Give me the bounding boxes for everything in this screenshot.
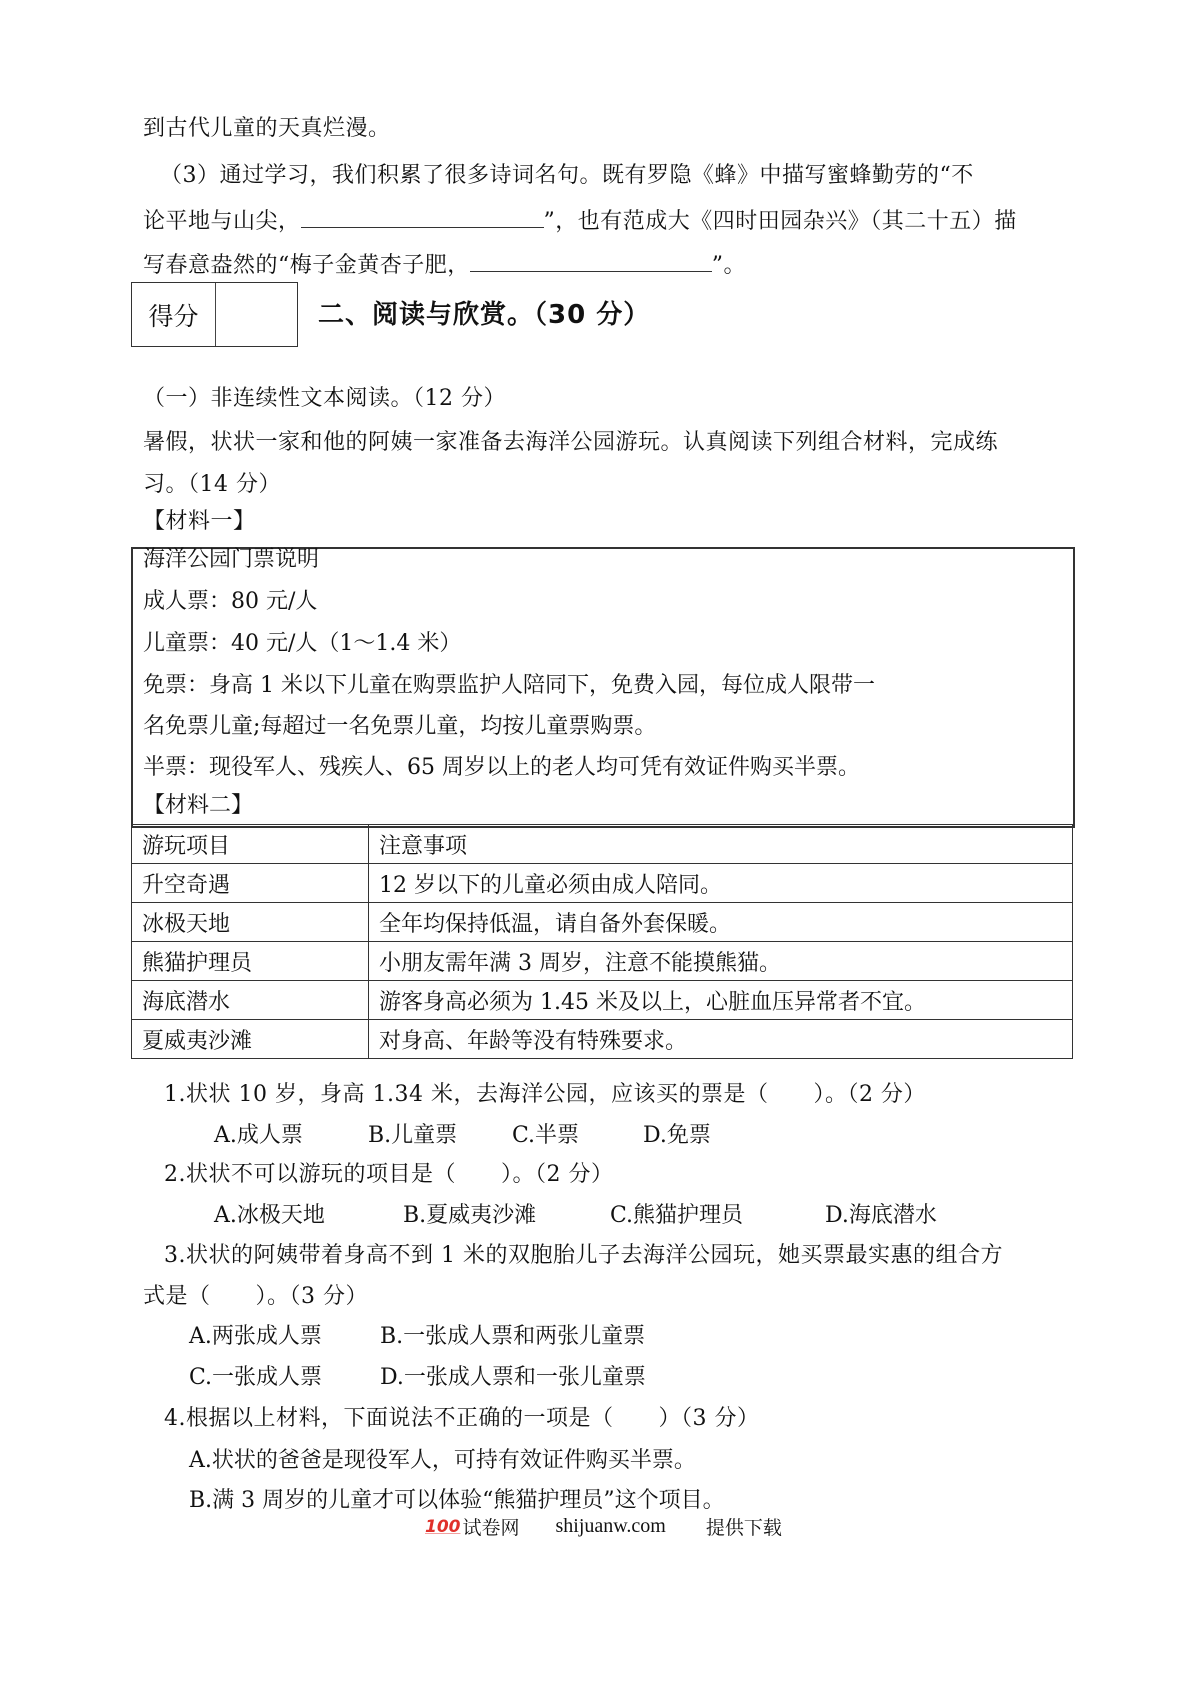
q1-option-d[interactable]: D.免票 <box>643 1121 711 1151</box>
q3-line3-a: 写春意盎然的“梅子金黄杏子肥， <box>143 253 470 278</box>
section-title: 二、阅读与欣赏。（30 分） <box>318 294 650 331</box>
half-ticket: 半票：现役军人、残疾人、65 周岁以上的老人均可凭有效证件购买半票。 <box>143 753 860 783</box>
q1-option-c[interactable]: C.半票 <box>512 1121 579 1151</box>
free-ticket-line2: 名免票儿童;每超过一名免票儿童，均按儿童票购票。 <box>143 712 656 742</box>
footer-site-link[interactable]: shijuanw.com <box>556 1515 666 1538</box>
note-cell: 对身高、年龄等没有特殊要求。 <box>369 1020 1073 1059</box>
q3-line2-b: ”，也有范成大《四时田园杂兴》（其二十五）描 <box>544 209 1017 234</box>
activity-cell: 夏威夷沙滩 <box>132 1020 369 1059</box>
note-cell: 12 岁以下的儿童必须由成人陪同。 <box>369 864 1073 903</box>
q3-line2: 论平地与山尖，”，也有范成大《四时田园杂兴》（其二十五）描 <box>143 205 1017 237</box>
material1-box: 海洋公园门票说明 成人票：80 元/人 儿童票：40 元/人（1～1.4 米） … <box>131 547 1075 828</box>
page-footer: 100 试卷网 shijuanw.com 提供下载 <box>425 1513 782 1540</box>
question-4: 4.根据以上材料，下面说法不正确的一项是（ ）（3 分） <box>164 1404 759 1434</box>
activity-cell: 冰极天地 <box>132 903 369 942</box>
footer-note: 提供下载 <box>706 1513 782 1540</box>
note-cell: 小朋友需年满 3 周岁，注意不能摸熊猫。 <box>369 942 1073 981</box>
activity-cell: 熊猫护理员 <box>132 942 369 981</box>
q2-option-a[interactable]: A.冰极天地 <box>214 1201 325 1231</box>
note-cell: 游客身高必须为 1.45 米及以上，心脏血压异常者不宜。 <box>369 981 1073 1020</box>
table-row: 夏威夷沙滩 对身高、年龄等没有特殊要求。 <box>132 1020 1073 1059</box>
q2-option-c[interactable]: C.熊猫护理员 <box>610 1201 743 1231</box>
q3-option-a[interactable]: A.两张成人票 <box>189 1322 322 1352</box>
q1-option-b[interactable]: B.儿童票 <box>368 1121 457 1151</box>
score-value-field[interactable] <box>216 283 297 346</box>
score-label: 得分 <box>132 283 216 346</box>
q3-line3-b: ”。 <box>712 253 746 278</box>
table-row: 熊猫护理员 小朋友需年满 3 周岁，注意不能摸熊猫。 <box>132 942 1073 981</box>
q2-option-d[interactable]: D.海底潜水 <box>825 1201 937 1231</box>
score-box: 得分 <box>131 282 298 347</box>
logo-100-icon: 100 <box>425 1517 461 1537</box>
q3-option-b[interactable]: B.一张成人票和两张儿童票 <box>380 1322 645 1352</box>
ticket-title: 海洋公园门票说明 <box>143 545 319 575</box>
question-1: 1.状状 10 岁，身高 1.34 米，去海洋公园，应该买的票是（ ）。（2 分… <box>164 1080 926 1110</box>
q4-option-a[interactable]: A.状状的爸爸是现役军人，可持有效证件购买半票。 <box>189 1446 696 1476</box>
part1-intro-line2: 习。（14 分） <box>143 470 281 500</box>
material2-table: 游玩项目 注意事项 升空奇遇 12 岁以下的儿童必须由成人陪同。 冰极天地 全年… <box>131 824 1073 1059</box>
note-cell: 全年均保持低温，请自备外套保暖。 <box>369 903 1073 942</box>
q1-option-a[interactable]: A.成人票 <box>214 1121 303 1151</box>
q3-line3: 写春意盎然的“梅子金黄杏子肥，”。 <box>143 249 746 281</box>
question-3-line2: 式是（ ）。（3 分） <box>143 1282 368 1312</box>
adult-ticket: 成人票：80 元/人 <box>143 587 317 617</box>
activity-cell: 升空奇遇 <box>132 864 369 903</box>
q3-line1: （3）通过学习，我们积累了很多诗词名句。既有罗隐《蜂》中描写蜜蜂勤劳的“不 <box>160 161 974 191</box>
material2-label: 【材料二】 <box>143 791 253 821</box>
q2-option-b[interactable]: B.夏威夷沙滩 <box>403 1201 536 1231</box>
free-ticket-line1: 免票：身高 1 米以下儿童在购票监护人陪同下，免费入园，每位成人限带一 <box>143 671 875 701</box>
footer-brand: 试卷网 <box>463 1513 520 1540</box>
child-ticket: 儿童票：40 元/人（1～1.4 米） <box>143 629 461 659</box>
table-row: 升空奇遇 12 岁以下的儿童必须由成人陪同。 <box>132 864 1073 903</box>
header-cell: 游玩项目 <box>132 825 369 864</box>
text-continuation: 到古代儿童的天真烂漫。 <box>143 114 391 144</box>
q3-option-d[interactable]: D.一张成人票和一张儿童票 <box>380 1363 646 1393</box>
answer-blank-2[interactable] <box>470 249 712 272</box>
material1-label: 【材料一】 <box>143 507 256 537</box>
q3-line2-a: 论平地与山尖， <box>143 209 301 234</box>
q4-option-b[interactable]: B.满 3 周岁的儿童才可以体验“熊猫护理员”这个项目。 <box>189 1486 725 1516</box>
question-2: 2.状状不可以游玩的项目是（ ）。（2 分） <box>164 1160 613 1190</box>
header-cell: 注意事项 <box>369 825 1073 864</box>
activity-cell: 海底潜水 <box>132 981 369 1020</box>
table-row: 海底潜水 游客身高必须为 1.45 米及以上，心脏血压异常者不宜。 <box>132 981 1073 1020</box>
question-3-line1: 3.状状的阿姨带着身高不到 1 米的双胞胎儿子去海洋公园玩，她买票最实惠的组合方 <box>164 1241 1003 1271</box>
table-header-row: 游玩项目 注意事项 <box>132 825 1073 864</box>
q3-option-c[interactable]: C.一张成人票 <box>189 1363 322 1393</box>
part1-heading: （一）非连续性文本阅读。（12 分） <box>143 384 506 414</box>
part1-intro-line1: 暑假，状状一家和他的阿姨一家准备去海洋公园游玩。认真阅读下列组合材料，完成练 <box>143 428 998 458</box>
table-row: 冰极天地 全年均保持低温，请自备外套保暖。 <box>132 903 1073 942</box>
answer-blank-1[interactable] <box>301 205 544 228</box>
